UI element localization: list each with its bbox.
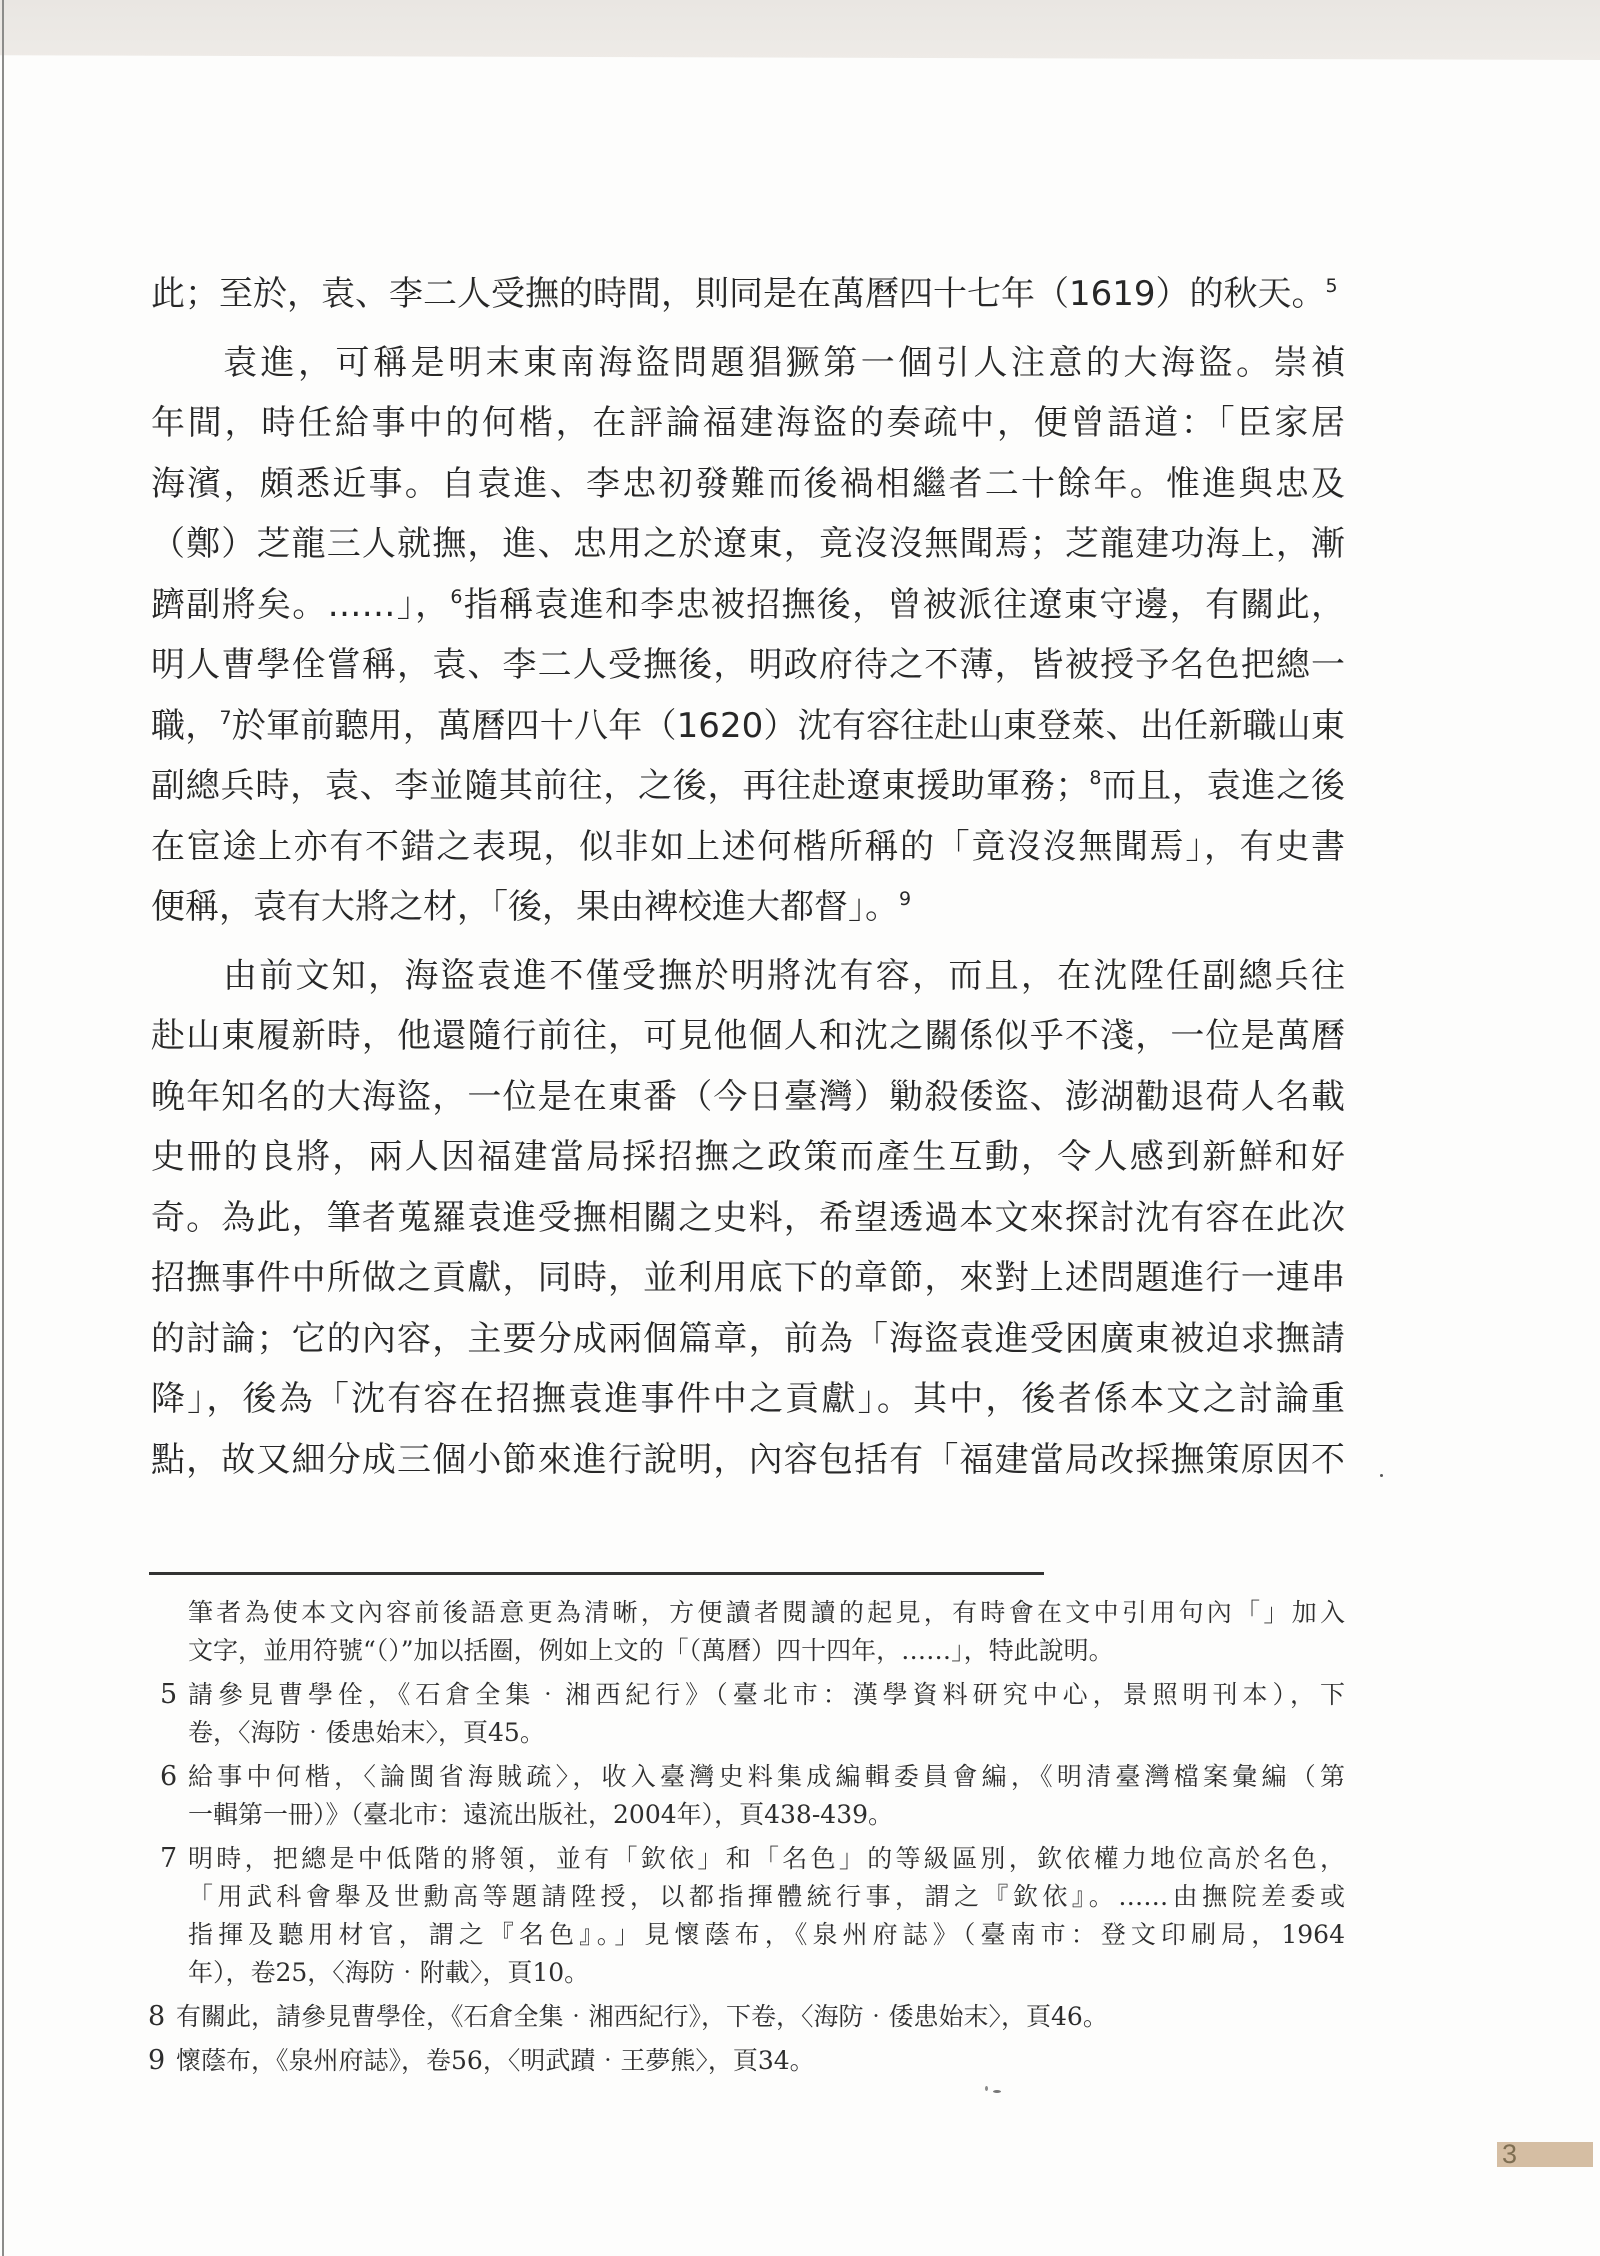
- text-line: 晚年知名的大海盜，一位是在東番（今日臺灣）勦殺倭盜、澎湖勸退荷人名載: [151, 1067, 1345, 1128]
- line-text: 而且，袁進之後: [1102, 766, 1346, 806]
- text-line: 副總兵時，袁、李並隨其前往，之後，再往赴遼東援助軍務；8而且，袁進之後: [151, 756, 1345, 817]
- text-line: 便稱，袁有大將之材，「後，果由裨校進大都督」。9: [151, 877, 1345, 938]
- footnote-line: 給事中何楷，〈論閩省海賊疏〉，收入臺灣史料集成編輯委員會編，《明清臺灣檔案彙編（…: [188, 1758, 1345, 1796]
- text-line: 年間，時任給事中的何楷，在評論福建海盜的奏疏中，便曾語道：「臣家居: [151, 393, 1345, 454]
- footnote-line: 年），卷25，〈海防‧附載〉，頁10。: [188, 1954, 1345, 1992]
- line-text: 躋副將矣。……」，: [151, 585, 450, 625]
- footnote-line: 「用武科會舉及世勳高等題請陞授，以都指揮體統行事，謂之『欽依』。……由撫院差委或: [188, 1878, 1345, 1916]
- footnote-ref: 8: [1089, 767, 1101, 789]
- text-line: 在宦途上亦有不錯之表現，似非如上述何楷所稱的「竟沒沒無聞焉」，有史書: [151, 817, 1345, 878]
- text-line: 招撫事件中所做之貢獻，同時，並利用底下的章節，來對上述問題進行一連串: [151, 1248, 1345, 1309]
- footnote-line: 請參見曹學佺，《石倉全集‧湘西紀行》（臺北市：漢學資料研究中心，景照明刊本），下: [188, 1676, 1345, 1714]
- footnote-continued: 筆者為使本文內容前後語意更為清晰，方便讀者閱讀的起見，有時會在文中引用句內「」加…: [188, 1594, 1345, 1670]
- footnote-8: 8 有關此，請參見曹學佺，《石倉全集‧湘西紀行》，下卷，〈海防‧倭患始末〉，頁4…: [176, 1998, 1333, 2036]
- text-line: 史冊的良將，兩人因福建當局採招撫之政策而產生互動，令人感到新鮮和好: [151, 1127, 1345, 1188]
- document-page: 此；至於，袁、李二人受撫的時間，則同是在萬曆四十七年（1619）的秋天。5 袁進…: [0, 0, 1600, 2256]
- scan-speck: [993, 2090, 1001, 2093]
- text-line: 奇。為此，筆者蒐羅袁進受撫相關之史料，希望透過本文來探討沈有容在此次: [151, 1188, 1345, 1249]
- text-line: 由前文知，海盜袁進不僅受撫於明將沈有容，而且，在沈陞任副總兵往: [151, 946, 1345, 1007]
- page-number: 3: [1502, 2141, 1517, 2168]
- footnote-ref: 9: [899, 888, 911, 910]
- footnote-ref: 6: [450, 586, 462, 608]
- text-line: 此；至於，袁、李二人受撫的時間，則同是在萬曆四十七年（1619）的秋天。5: [151, 264, 1345, 325]
- footnote-6: 6 給事中何楷，〈論閩省海賊疏〉，收入臺灣史料集成編輯委員會編，《明清臺灣檔案彙…: [188, 1758, 1345, 1834]
- footnote-5: 5 請參見曹學佺，《石倉全集‧湘西紀行》（臺北市：漢學資料研究中心，景照明刊本）…: [188, 1676, 1345, 1752]
- paragraph: 由前文知，海盜袁進不僅受撫於明將沈有容，而且，在沈陞任副總兵往 赴山東履新時，他…: [151, 946, 1345, 1491]
- line-text: 副總兵時，袁、李並隨其前往，之後，再往赴遼東援助軍務；: [151, 766, 1089, 806]
- text-line: 袁進，可稱是明末東南海盜問題猖獗第一個引人注意的大海盜。崇禎: [151, 333, 1345, 394]
- text-line: 降」，後為「沈有容在招撫袁進事件中之貢獻」。其中，後者係本文之討論重: [151, 1369, 1345, 1430]
- footnote-9: 9 懷蔭布，《泉州府誌》，卷56，〈明武蹟‧王夢熊〉，頁34。: [176, 2042, 1333, 2080]
- line-text: 便稱，袁有大將之材，「後，果由裨校進大都督」。: [151, 887, 899, 927]
- footnote-ref: 5: [1326, 275, 1338, 297]
- text-line: 職，7於軍前聽用，萬曆四十八年（1620）沈有容往赴山東登萊、出任新職山東: [151, 696, 1345, 757]
- text-line: 赴山東履新時，他還隨行前往，可見他個人和沈之關係似乎不淺，一位是萬曆: [151, 1006, 1345, 1067]
- scan-left-edge: [2, 0, 4, 2256]
- line-text: 職，: [151, 706, 219, 746]
- footnote-line: 筆者為使本文內容前後語意更為清晰，方便讀者閱讀的起見，有時會在文中引用句內「」加…: [188, 1594, 1345, 1632]
- footnote-number: 9: [148, 2042, 165, 2080]
- footnote-line: 有關此，請參見曹學佺，《石倉全集‧湘西紀行》，下卷，〈海防‧倭患始末〉，頁46。: [176, 1998, 1333, 2036]
- line-text: 指稱袁進和李忠被招撫後，曾被派往遼東守邊，有關此，: [463, 585, 1346, 625]
- paragraph-continuation: 此；至於，袁、李二人受撫的時間，則同是在萬曆四十七年（1619）的秋天。5: [151, 264, 1345, 325]
- footnote-line: 一輯第一冊）》（臺北市：遠流出版社，2004年），頁438-439。: [188, 1796, 1345, 1834]
- text-line: 點，故又細分成三個小節來進行說明，內容包括有「福建當局改採撫策原因不: [151, 1430, 1345, 1491]
- footnote-number: 5: [160, 1676, 177, 1714]
- footnote-line: 指揮及聽用材官，謂之『名色』。」見懷蔭布，《泉州府誌》（臺南市：登文印刷局，19…: [188, 1916, 1345, 1954]
- scan-speck: [985, 2086, 988, 2091]
- footnote-line: 懷蔭布，《泉州府誌》，卷56，〈明武蹟‧王夢熊〉，頁34。: [176, 2042, 1333, 2080]
- paragraph: 袁進，可稱是明末東南海盜問題猖獗第一個引人注意的大海盜。崇禎 年間，時任給事中的…: [151, 333, 1345, 938]
- footnote-line: 卷，〈海防‧倭患始末〉，頁45。: [188, 1714, 1345, 1752]
- line-text: 此；至於，袁、李二人受撫的時間，則同是在萬曆四十七年（1619）的秋天。: [151, 274, 1326, 314]
- footnote-line: 明時，把總是中低階的將領，並有「欽依」和「名色」的等級區別，欽依權力地位高於名色…: [188, 1840, 1345, 1878]
- text-line: （鄭）芝龍三人就撫，進、忠用之於遼東，竟沒沒無聞焉；芝龍建功海上，漸: [151, 514, 1345, 575]
- footnote-separator: [149, 1572, 1044, 1575]
- text-line: 明人曹學佺嘗稱，袁、李二人受撫後，明政府待之不薄，皆被授予名色把總一: [151, 635, 1345, 696]
- body-text: 此；至於，袁、李二人受撫的時間，則同是在萬曆四十七年（1619）的秋天。5 袁進…: [151, 264, 1345, 1490]
- footnote-number: 7: [160, 1840, 177, 1878]
- line-text: 於軍前聽用，萬曆四十八年（1620）沈有容往赴山東登萊、出任新職山東: [232, 706, 1345, 746]
- footnote-number: 6: [160, 1758, 177, 1796]
- scan-top-band: [0, 0, 1600, 60]
- footnote-number: 8: [148, 1998, 165, 2036]
- text-line: 躋副將矣。……」，6指稱袁進和李忠被招撫後，曾被派往遼東守邊，有關此，: [151, 575, 1345, 636]
- footnotes: 筆者為使本文內容前後語意更為清晰，方便讀者閱讀的起見，有時會在文中引用句內「」加…: [188, 1594, 1345, 2080]
- footnote-ref: 7: [219, 707, 231, 729]
- text-line: 的討論；它的內容，主要分成兩個篇章，前為「海盜袁進受困廣東被迫求撫請: [151, 1309, 1345, 1370]
- page-number-badge: 3: [1497, 2142, 1593, 2167]
- text-line: 海濱，頗悉近事。自袁進、李忠初發難而後禍相繼者二十餘年。惟進與忠及: [151, 454, 1345, 515]
- scan-speck: [1380, 1474, 1383, 1477]
- footnote-line: 文字，並用符號“（）”加以括圈，例如上文的「（萬曆）四十四年，……」，特此說明。: [188, 1632, 1345, 1670]
- footnote-7: 7 明時，把總是中低階的將領，並有「欽依」和「名色」的等級區別，欽依權力地位高於…: [188, 1840, 1345, 1992]
